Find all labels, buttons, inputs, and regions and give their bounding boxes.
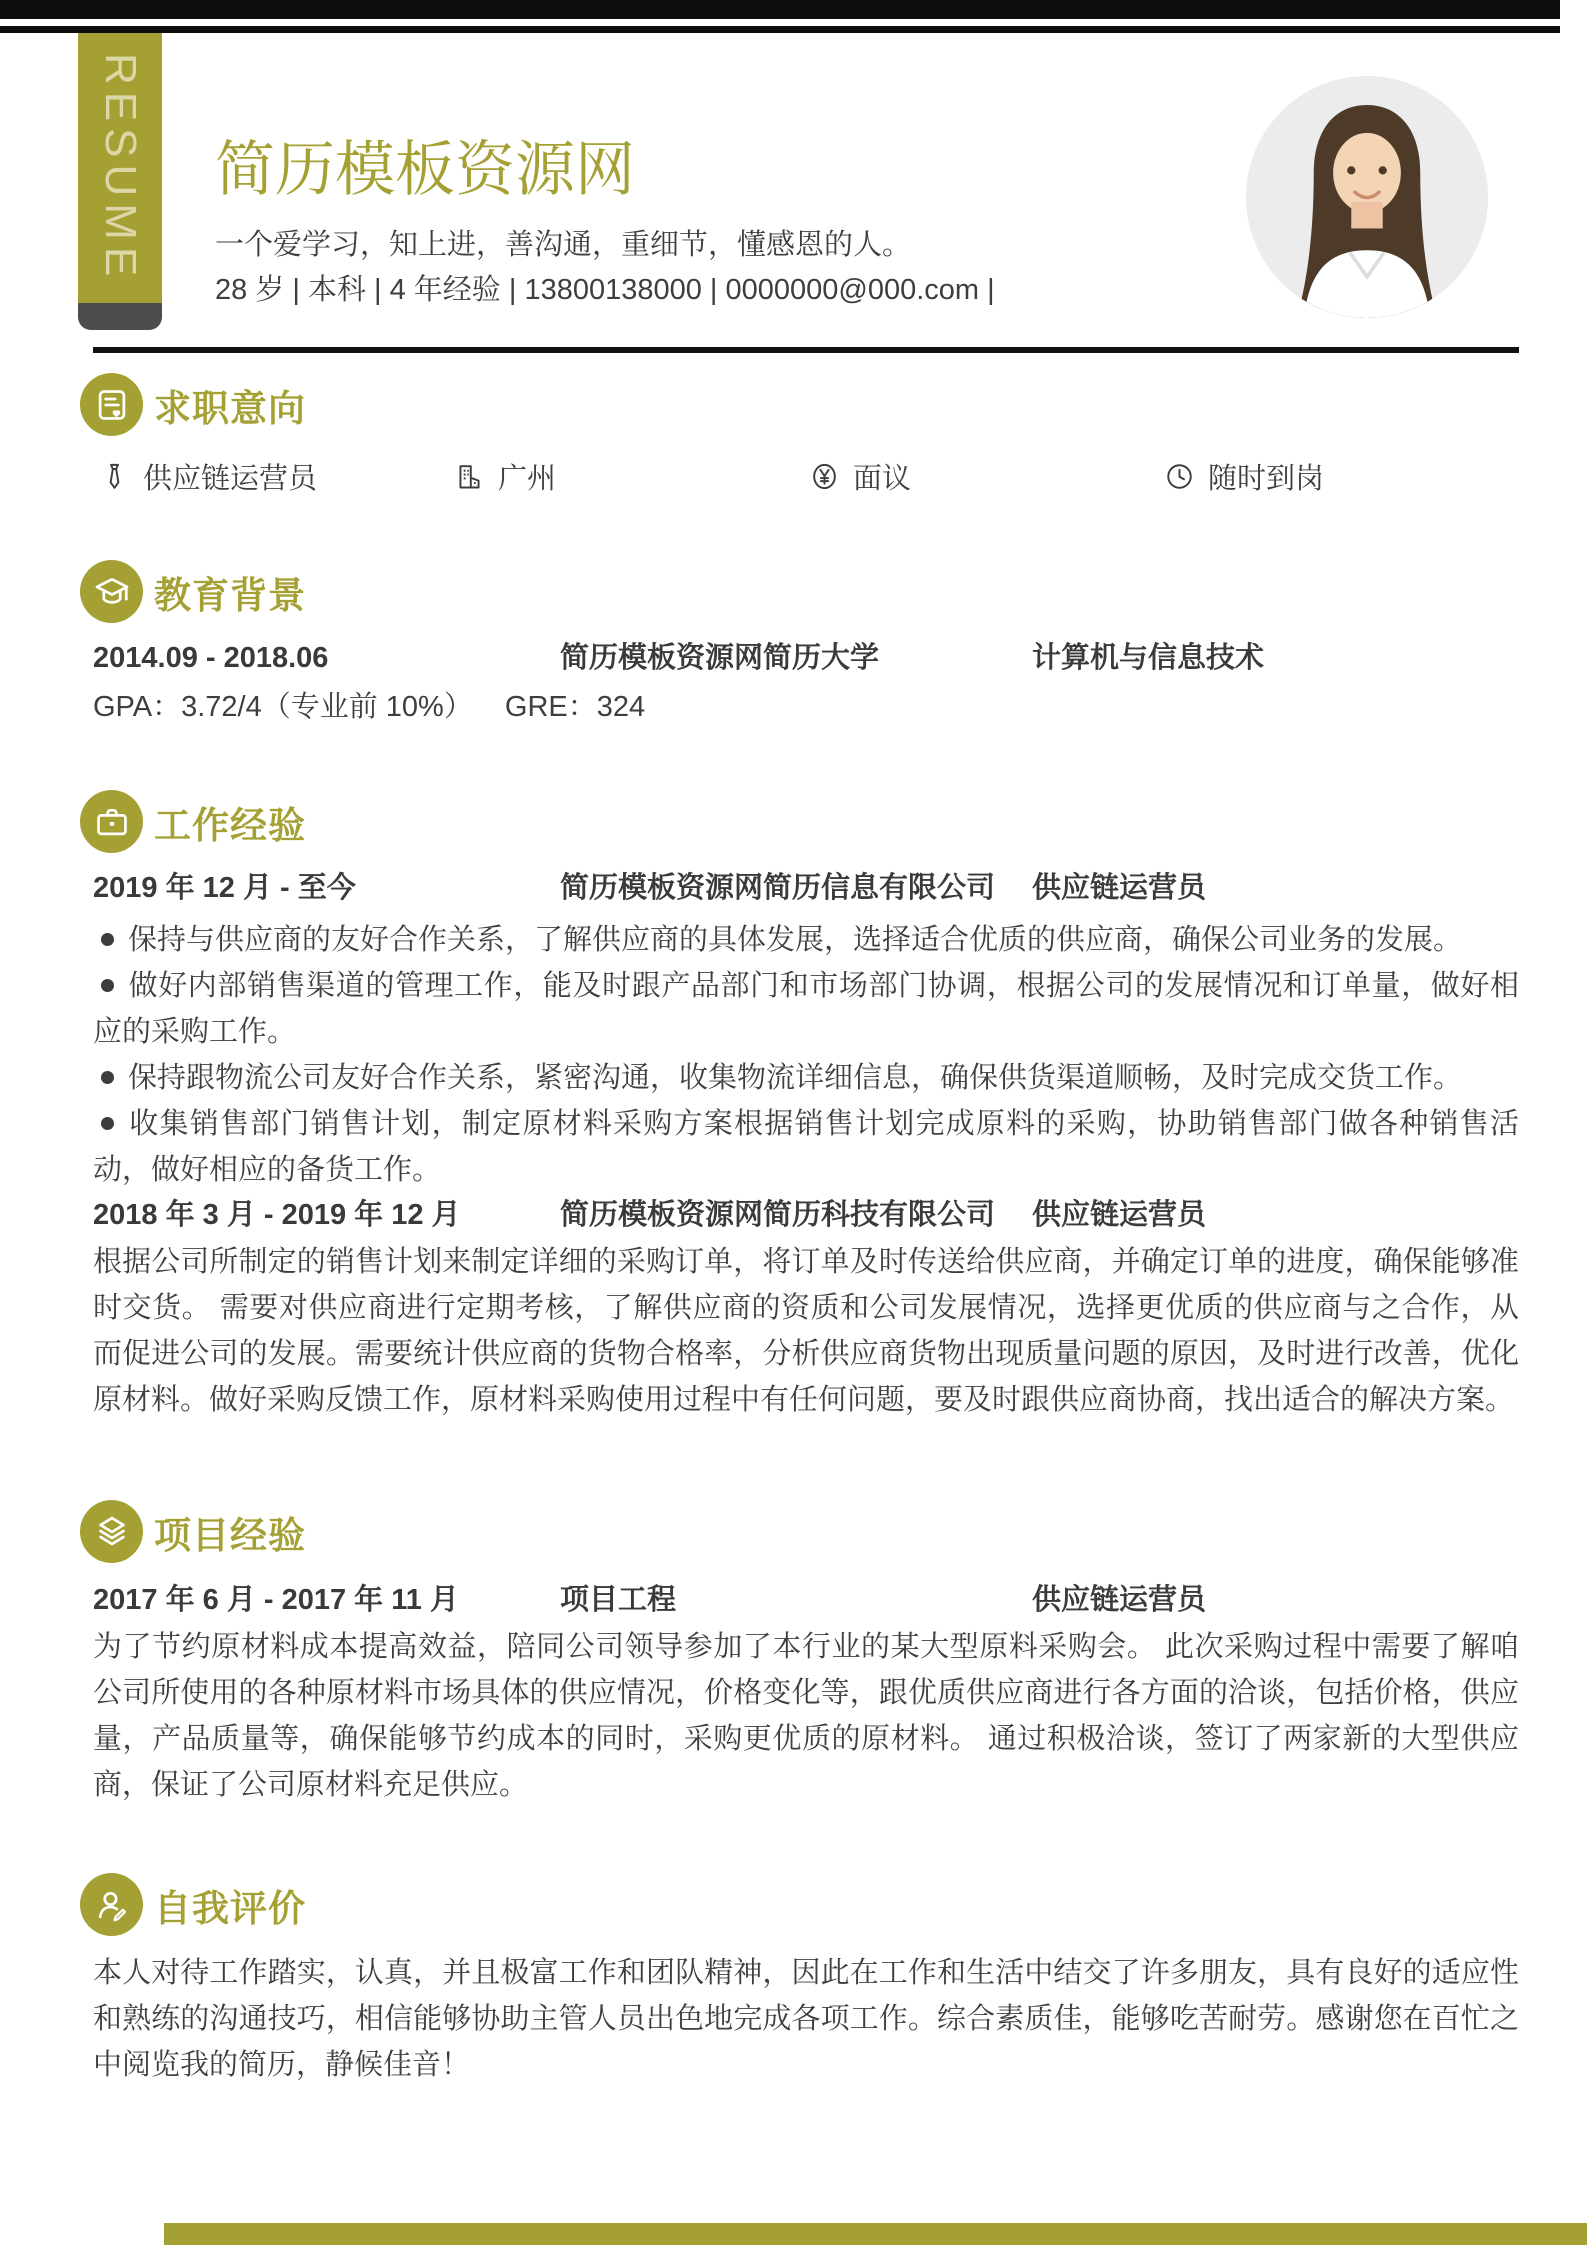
self-evaluation-description: 本人对待工作踏实，认真，并且极富工作和团队精神，因此在工作和生活中结交了许多朋友… xyxy=(93,1950,1519,2088)
work-bullet-text: 保持与供应商的友好合作关系，了解供应商的具体发展，选择适合优质的供应商，确保公司… xyxy=(128,924,1462,956)
bullet-dot-icon xyxy=(101,1117,114,1130)
work-bullet: 保持跟物流公司友好合作关系，紧密沟通，收集物流详细信息，确保供货渠道顺畅，及时完… xyxy=(93,1055,1519,1101)
work-entry-2-header: 2018 年 3 月 - 2019 年 12 月 简历模板资源网简历科技有限公司… xyxy=(93,1192,1519,1238)
project-period: 2017 年 6 月 - 2017 年 11 月 xyxy=(93,1577,560,1623)
header-divider xyxy=(93,347,1519,353)
briefcase-icon xyxy=(80,790,143,853)
top-black-bar xyxy=(0,0,1560,19)
footer-accent-bar xyxy=(164,2223,1587,2245)
education-period: 2014.09 - 2018.06 xyxy=(93,635,560,681)
work-1-company: 简历模板资源网简历信息有限公司 xyxy=(560,865,1032,911)
intent-city-label: 广州 xyxy=(498,456,556,497)
section-work-heading: 工作经验 xyxy=(80,790,306,853)
ribbon-bottom-tab xyxy=(78,303,162,330)
section-project-title: 项目经验 xyxy=(154,1505,306,1559)
bullet-dot-icon xyxy=(101,933,114,946)
education-entry-row: 2014.09 - 2018.06 简历模板资源网简历大学 计算机与信息技术 xyxy=(93,635,1519,681)
candidate-tagline: 一个爱学习，知上进，善沟通，重细节，懂感恩的人。 xyxy=(215,228,911,262)
resume-ribbon: RESUME xyxy=(78,33,162,303)
project-description: 为了节约原材料成本提高效益，陪同公司领导参加了本行业的某大型原料采购会。 此次采… xyxy=(93,1624,1519,1808)
section-intent-heading: 求职意向 xyxy=(80,373,306,436)
yen-circle-icon xyxy=(809,461,840,492)
intent-availability-label: 随时到岗 xyxy=(1208,456,1324,497)
profile-photo xyxy=(1246,76,1488,318)
education-major: 计算机与信息技术 xyxy=(1032,635,1519,681)
intent-position: 供应链运营员 xyxy=(99,456,454,497)
work-1-period: 2019 年 12 月 - 至今 xyxy=(93,865,560,911)
intent-row: 供应链运营员 广州 xyxy=(93,456,1525,497)
section-intent-title: 求职意向 xyxy=(154,378,306,432)
work-entry-2-description: 根据公司所制定的销售计划来制定详细的采购订单，将订单及时传送给供应商，并确定订单… xyxy=(93,1239,1519,1423)
bullet-dot-icon xyxy=(101,979,114,992)
project-role: 供应链运营员 xyxy=(1032,1577,1519,1623)
tie-icon xyxy=(99,461,130,492)
section-self-title: 自我评价 xyxy=(154,1878,306,1932)
education-gpa: GPA：3.72/4（专业前 10%） xyxy=(93,691,473,723)
ribbon-vertical-text: RESUME xyxy=(95,53,145,283)
work-2-role: 供应链运营员 xyxy=(1032,1192,1519,1238)
top-black-line xyxy=(0,26,1560,33)
section-work-title: 工作经验 xyxy=(154,795,306,849)
intent-salary: 面议 xyxy=(809,456,1164,497)
resume-doc-icon xyxy=(80,373,143,436)
layers-icon xyxy=(80,1500,143,1563)
education-detail-row: GPA：3.72/4（专业前 10%） GRE：324 xyxy=(93,684,1519,730)
intent-availability: 随时到岗 xyxy=(1164,456,1324,497)
education-gre: GRE：324 xyxy=(505,691,645,723)
section-project-heading: 项目经验 xyxy=(80,1500,306,1563)
section-education-title: 教育背景 xyxy=(154,565,306,619)
resume-page: RESUME 简历模板资源网 一个爱学习，知上进，善沟通，重细节，懂感恩的人。 … xyxy=(0,0,1587,2245)
work-bullet: 保持与供应商的友好合作关系，了解供应商的具体发展，选择适合优质的供应商，确保公司… xyxy=(93,917,1519,963)
work-bullet-text: 保持跟物流公司友好合作关系，紧密沟通，收集物流详细信息，确保供货渠道顺畅，及时完… xyxy=(128,1062,1462,1094)
intent-city: 广州 xyxy=(454,456,809,497)
work-bullet-text: 做好内部销售渠道的管理工作，能及时跟产品部门和市场部门协调，根据公司的发展情况和… xyxy=(93,970,1519,1048)
work-bullet: 收集销售部门销售计划，制定原材料采购方案根据销售计划完成原料的采购，协助销售部门… xyxy=(93,1101,1519,1193)
work-bullet: 做好内部销售渠道的管理工作，能及时跟产品部门和市场部门协调，根据公司的发展情况和… xyxy=(93,963,1519,1055)
section-education-heading: 教育背景 xyxy=(80,560,306,623)
work-entry-1-bullets: 保持与供应商的友好合作关系，了解供应商的具体发展，选择适合优质的供应商，确保公司… xyxy=(93,917,1519,1193)
education-school: 简历模板资源网简历大学 xyxy=(560,635,1032,681)
project-entry-header: 2017 年 6 月 - 2017 年 11 月 项目工程 供应链运营员 xyxy=(93,1577,1519,1623)
intent-position-label: 供应链运营员 xyxy=(143,456,317,497)
work-2-company: 简历模板资源网简历科技有限公司 xyxy=(560,1192,1032,1238)
work-entry-1-header: 2019 年 12 月 - 至今 简历模板资源网简历信息有限公司 供应链运营员 xyxy=(93,865,1519,911)
clock-icon xyxy=(1164,461,1195,492)
work-2-period: 2018 年 3 月 - 2019 年 12 月 xyxy=(93,1192,560,1238)
person-pencil-icon xyxy=(80,1873,143,1936)
work-bullet-text: 收集销售部门销售计划，制定原材料采购方案根据销售计划完成原料的采购，协助销售部门… xyxy=(93,1108,1519,1186)
intent-salary-label: 面议 xyxy=(853,456,911,497)
bullet-dot-icon xyxy=(101,1071,114,1084)
building-icon xyxy=(454,461,485,492)
project-name: 项目工程 xyxy=(560,1577,1032,1623)
graduation-cap-icon xyxy=(80,560,143,623)
candidate-name: 简历模板资源网 xyxy=(215,136,635,204)
candidate-basic-info: 28 岁 | 本科 | 4 年经验 | 13800138000 | 000000… xyxy=(215,273,995,307)
avatar-icon xyxy=(1246,76,1488,318)
work-1-role: 供应链运营员 xyxy=(1032,865,1519,911)
section-self-heading: 自我评价 xyxy=(80,1873,306,1936)
